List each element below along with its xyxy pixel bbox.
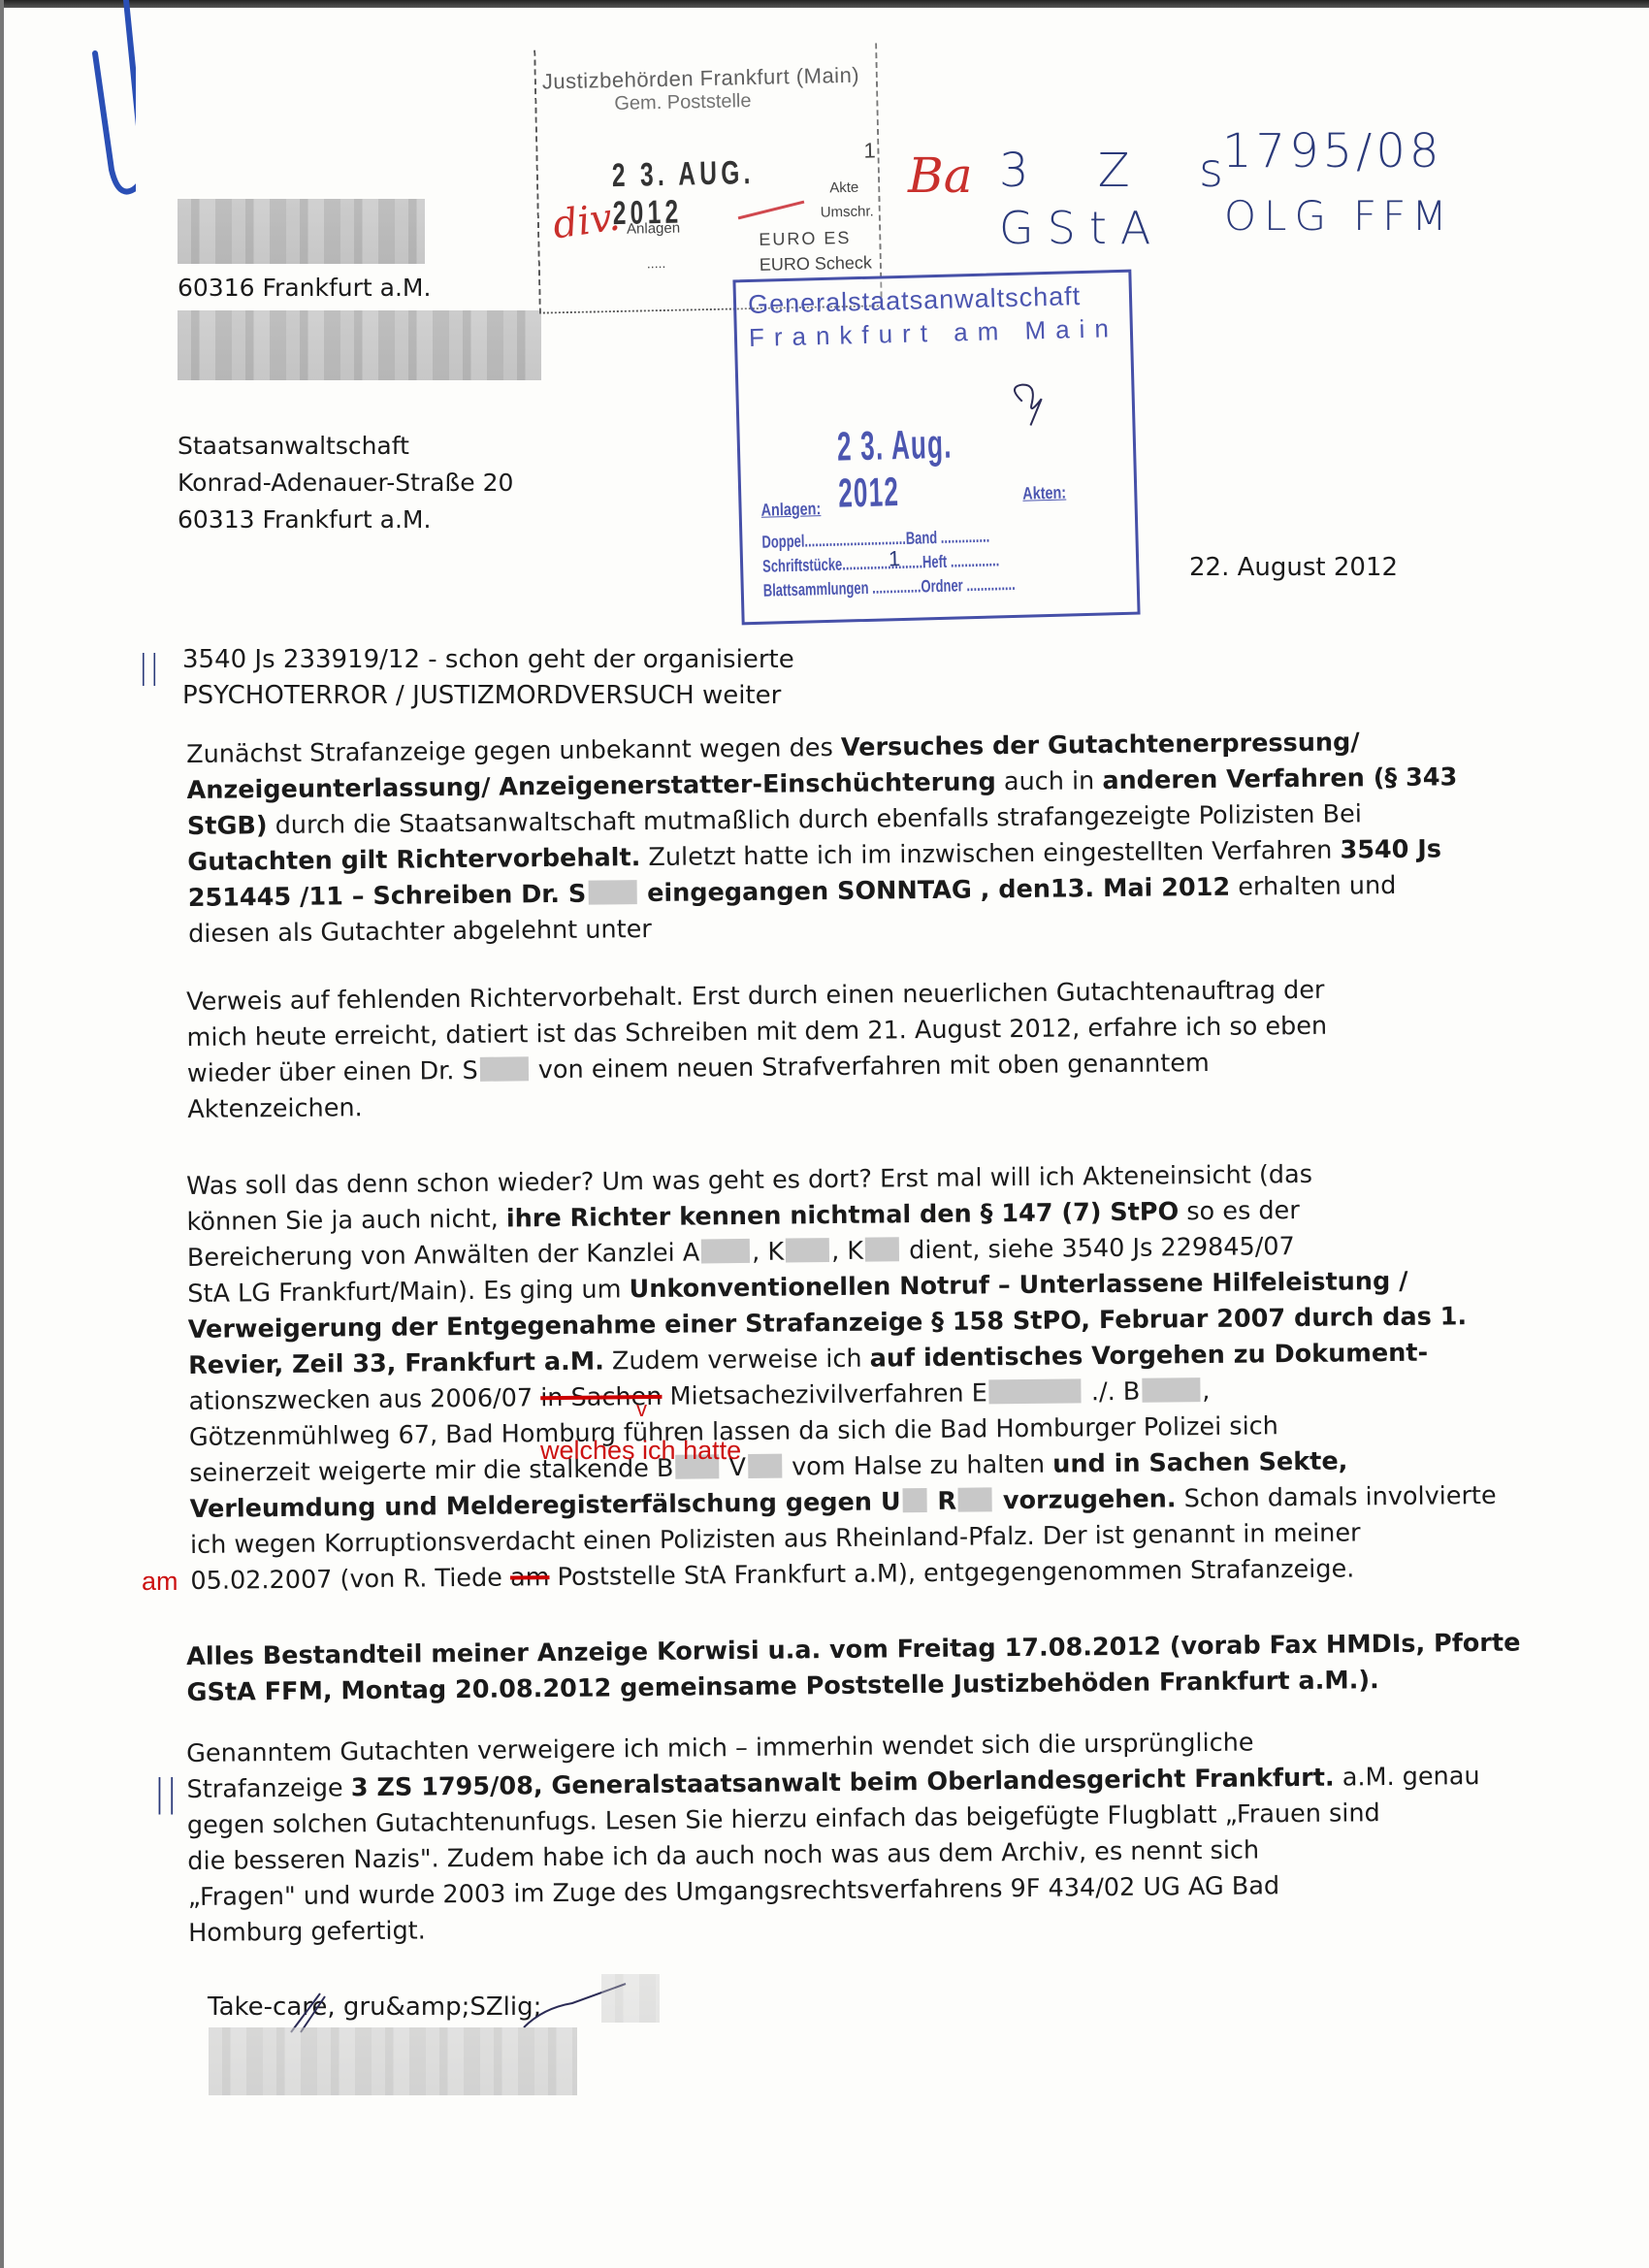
signature-redacted [209, 2027, 577, 2095]
stamp-number: 1 [863, 138, 876, 163]
text: Schon damals involvierte [1176, 1481, 1496, 1513]
handwritten-div-note: div. [550, 194, 623, 247]
scan-edge-top [0, 0, 1649, 8]
redacted-name [786, 1238, 829, 1262]
stamp-field-umschr: Umschr. [821, 203, 874, 220]
text-bold: eingegangen SONNTAG , den13. Mai 2012 [638, 873, 1230, 908]
sender-email-redacted [178, 310, 541, 380]
redacted-name [480, 1057, 529, 1082]
text-bold: Verleumdung und Melderegisterfälschung g… [190, 1487, 901, 1524]
redacted-name [588, 880, 636, 904]
redacted-name [902, 1488, 926, 1511]
redacted-name [1142, 1377, 1200, 1402]
text: , K [752, 1238, 784, 1267]
recipient-line: Staatsanwaltschaft [178, 428, 513, 465]
text-bold: 3 ZS 1795/08, Generalstaatsanwalt beim O… [351, 1764, 1335, 1803]
text: a.M. genau [1334, 1762, 1479, 1793]
text: dient, siehe 3540 Js 229845/07 [901, 1232, 1295, 1265]
text: vom Halse zu halten [784, 1450, 1053, 1482]
text: von einem neuen Strafverfahren mit oben … [531, 1049, 1210, 1085]
text-bold: und in Sachen Sekte, [1052, 1446, 1347, 1478]
subject-line: 3540 Js 233919/12 - schon geht der organ… [182, 642, 794, 714]
text: Bereicherung von Anwälten der Kanzlei A [187, 1238, 700, 1273]
text: StA LG Frankfurt/Main). Es ging um [187, 1275, 630, 1309]
handwritten-initials: Ba [908, 147, 973, 204]
signature-icon [1002, 381, 1061, 432]
text-bold: vorzugehen. [994, 1484, 1177, 1515]
stamp-row-blattsammlungen: Blattsammlungen ..............Ordner ...… [763, 574, 1016, 601]
text-bold: 251445 /11 – Schreiben Dr. S [188, 880, 587, 913]
handwritten-tick: 1 [889, 546, 901, 571]
stamp-field-akte: Akte [829, 179, 858, 197]
stamp-row-schriftstuecke: Schriftstücke.......................Heft… [762, 550, 1000, 576]
handwritten-ref-number: 1795/08 [1222, 124, 1442, 178]
text: , K [831, 1237, 863, 1266]
margin-mark: || [138, 648, 160, 687]
stamp-row-doppel: Doppel.............................Band … [761, 527, 989, 553]
name-redacted [601, 1974, 660, 2023]
text: Poststelle StA Frankfurt a.M), entgegeng… [549, 1554, 1354, 1592]
text: so es der [1179, 1196, 1300, 1226]
text-bold: anderen Verfahren (§ 343 [1102, 762, 1457, 795]
text: diesen als Gutachter abgelehnt unter [188, 915, 652, 949]
text-bold: Revier, Zeil 33, Frankfurt a.M. [188, 1347, 604, 1380]
handwritten-olg: OLG [1224, 192, 1334, 240]
letter-date: 22. August 2012 [1189, 553, 1398, 582]
redacted-name [989, 1379, 1082, 1404]
text-bold: Anzeigeunterlassung/ Anzeigenerstatter-E… [186, 767, 996, 805]
recipient-line: 60313 Frankfurt a.M. [178, 502, 513, 538]
redacted-name [958, 1488, 992, 1512]
stamp-title: Justizbehörden Frankfurt (Main) [542, 63, 860, 95]
text-bold: R [928, 1487, 956, 1516]
handwritten-ref-prefix: 3 Z s [999, 144, 1250, 198]
text: Zuletzt hatte ich im inzwischen eingeste… [640, 836, 1340, 873]
redacted-name [748, 1454, 782, 1478]
text: Mietsachezivilverfahren E [662, 1378, 987, 1411]
margin-mark: || [153, 1771, 178, 1814]
redacted-name [865, 1238, 899, 1262]
insertion-am: am [142, 1567, 178, 1597]
subject-line-2: PSYCHOTERROR / JUSTIZMORDVERSUCH weiter [182, 678, 794, 714]
recipient-line: Konrad-Adenauer-Straße 20 [178, 465, 513, 502]
sender-city: 60316 Frankfurt a.M. [178, 274, 431, 302]
stamp-date: 2 3. Aug. 2012 [836, 419, 1022, 517]
text-bold: auf identisches Vorgehen zu Dokument- [870, 1339, 1429, 1374]
text: ationszwecken aus 2006/07 [188, 1383, 540, 1416]
paragraph-1: Zunächst Strafanzeige gegen unbekannt we… [186, 724, 1449, 953]
text: Zunächst Strafanzeige gegen unbekannt we… [186, 733, 841, 769]
text-bold: Versuches der Gutachtenerpressung/ [841, 728, 1360, 762]
text: , [1202, 1377, 1210, 1406]
stamp-field-euro-scheck: EURO Scheck [760, 252, 872, 275]
stamp-subtitle: Gem. Poststelle [614, 90, 752, 115]
sender-name-redacted [178, 199, 425, 264]
paragraph-3: Was soll das denn schon wieder? Um was g… [186, 1155, 1452, 1600]
justice-post-stamp: Justizbehörden Frankfurt (Main) Gem. Pos… [533, 43, 883, 313]
paragraph-4: Alles Bestandteil meiner Anzeige Korwisi… [186, 1626, 1448, 1711]
text: erhalten und [1230, 871, 1396, 902]
paragraph-5: Genanntem Gutachten verweigere ich mich … [186, 1723, 1449, 1952]
paperclip-icon [58, 0, 136, 204]
struck-text: am [510, 1563, 550, 1592]
subject-line-1: 3540 Js 233919/12 - schon geht der organ… [182, 642, 794, 678]
text-bold: Unkonventionellen Notruf – Unterlassene … [629, 1267, 1407, 1304]
stamp-field-anlagen: Anlagen [627, 220, 680, 238]
handwritten-ffm: FFM [1353, 192, 1453, 240]
text-bold: 3540 Js [1340, 834, 1441, 864]
text: ./. B [1083, 1377, 1141, 1408]
text: können Sie ja auch nicht, [186, 1205, 506, 1237]
paragraph-2: Verweis auf fehlenden Richtervorbehalt. … [186, 971, 1448, 1128]
stamp-title: Generalstaatsanwaltschaft [748, 281, 1082, 320]
text-bold: ihre Richter kennen nichtmal den § 147 (… [506, 1197, 1180, 1233]
text: Strafanzeige [186, 1773, 351, 1804]
recipient-address: Staatsanwaltschaft Konrad-Adenauer-Straß… [178, 428, 513, 538]
text-bold: StGB) [187, 811, 268, 841]
text: wieder über einen Dr. S [187, 1056, 478, 1088]
scan-edge-left [0, 0, 4, 2268]
stamp-akten-label: Akten: [1022, 483, 1066, 504]
text: 05.02.2007 (von R. Tiede [190, 1564, 510, 1596]
stamp-anlagen-label: Anlagen: [760, 499, 821, 521]
handwritten-gsta: GStA [999, 202, 1164, 254]
redacted-name [701, 1239, 750, 1263]
text-bold: Gutachten gilt Richtervorbehalt. [187, 843, 640, 877]
stamp-field-euro-es: EURO ES [759, 228, 851, 250]
stamp-dots: ..... [647, 255, 666, 271]
insertion-caret: v [636, 1397, 647, 1422]
stamp-city: Frankfurt am Main [749, 313, 1119, 353]
general-prosecutor-stamp: Generalstaatsanwaltschaft Frankfurt am M… [732, 270, 1140, 626]
text: auch in [996, 766, 1103, 796]
text: Zudem verweise ich [604, 1345, 870, 1377]
insertion-welches-ich-hatte: welches ich hatte [540, 1436, 741, 1466]
